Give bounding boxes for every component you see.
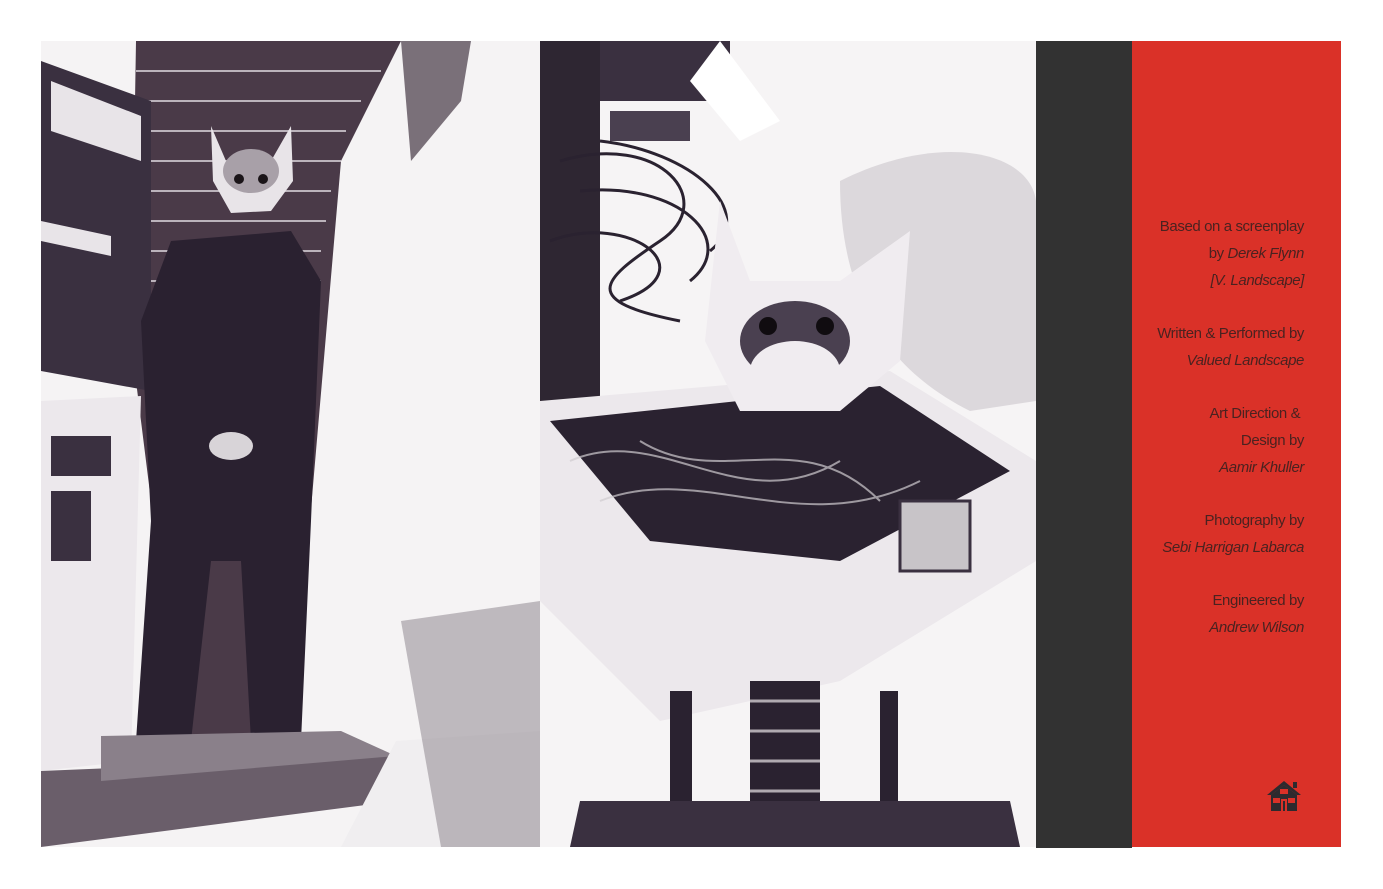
credits-panel: Based on a screenplay by Derek Flynn [V.… — [1132, 41, 1341, 847]
credit-name: Aamir Khuller — [1219, 459, 1304, 476]
credit-label: Written & Performed by — [1157, 325, 1304, 342]
credits-list: Based on a screenplay by Derek Flynn [V.… — [1157, 213, 1304, 667]
masked-figure-image — [41, 41, 540, 847]
cat-mask-case-image — [540, 41, 1036, 847]
credit-engineered: Engineered by Andrew Wilson — [1157, 587, 1304, 641]
credit-art-direction: Art Direction & Design by Aamir Khuller — [1157, 400, 1304, 481]
credit-name: Derek Flynn — [1228, 245, 1304, 262]
photo-masked-figure — [41, 41, 540, 847]
credit-name: Andrew Wilson — [1209, 619, 1304, 636]
credit-name: Sebi Harrigan Labarca — [1162, 539, 1304, 556]
credit-screenplay: Based on a screenplay by Derek Flynn [V.… — [1157, 213, 1304, 294]
dark-column — [1036, 41, 1132, 848]
home-icon[interactable] — [1266, 779, 1302, 813]
credit-label: Engineered by — [1212, 592, 1304, 609]
credit-label: Based on a screenplay — [1160, 218, 1304, 235]
credit-name: [V. Landscape] — [1211, 272, 1304, 289]
credit-label: by — [1209, 245, 1228, 262]
credit-written-performed: Written & Performed by Valued Landscape — [1157, 320, 1304, 374]
credit-label: Photography by — [1205, 512, 1304, 529]
credit-photography: Photography by Sebi Harrigan Labarca — [1157, 507, 1304, 561]
credit-name: Valued Landscape — [1187, 352, 1304, 369]
credit-label: Art Direction & — [1210, 405, 1304, 422]
credit-label: Design by — [1241, 432, 1304, 449]
photo-cat-mask-case — [540, 41, 1036, 847]
house-glyph — [1266, 779, 1302, 813]
